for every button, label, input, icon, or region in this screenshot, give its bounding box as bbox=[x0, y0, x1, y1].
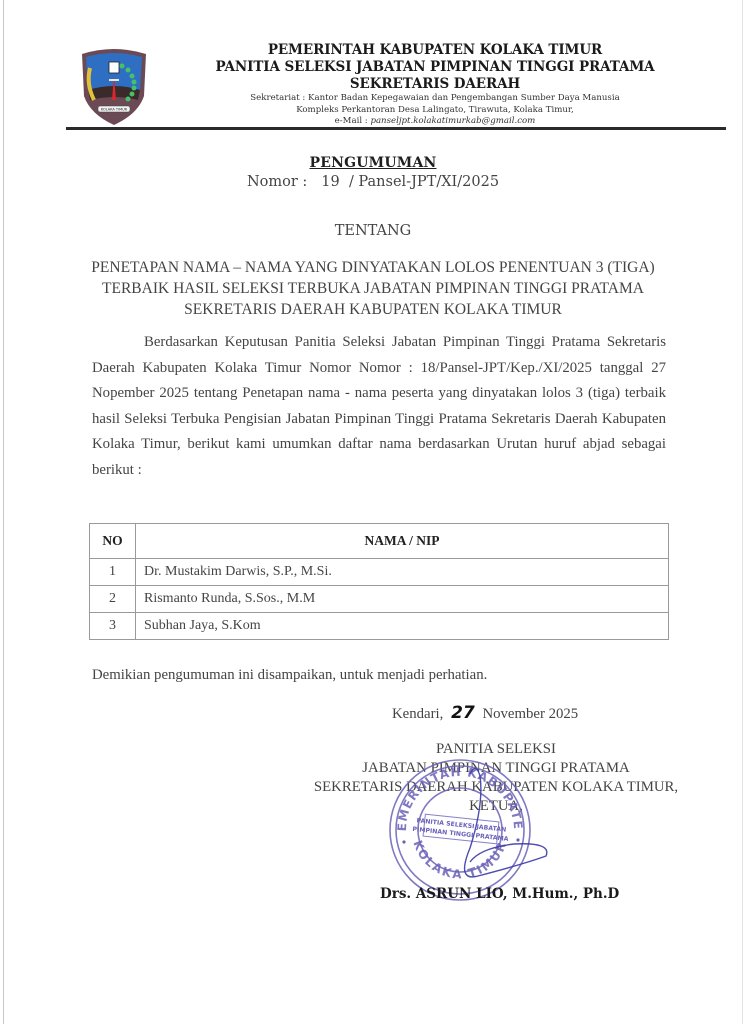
letterhead-secretariat: SEKRETARIS DAERAH bbox=[200, 76, 670, 93]
document-number: Nomor :19 / Pansel-JPT/XI/2025 bbox=[0, 174, 746, 190]
svg-text:PANITIA SELEKSI JABATAN: PANITIA SELEKSI JABATAN bbox=[416, 817, 506, 833]
page-edge bbox=[3, 0, 4, 1024]
table-row: 1 Dr. Mustakim Darwis, S.P., M.Si. bbox=[90, 559, 669, 586]
table-header-row: NO NAMA / NIP bbox=[90, 524, 669, 559]
column-header-no: NO bbox=[90, 524, 136, 559]
email-link[interactable]: panseljpt.kolakatimurkab@gmail.com bbox=[370, 116, 535, 126]
candidate-name: Dr. Mustakim Darwis, S.P., M.Si. bbox=[136, 559, 669, 586]
letterhead-address: Kompleks Perkantoran Desa Lalingato, Tir… bbox=[200, 105, 670, 117]
tentang-heading: TENTANG bbox=[0, 223, 746, 239]
subject: PENETAPAN NAMA – NAMA YANG DINYATAKAN LO… bbox=[0, 257, 746, 320]
letterhead: PEMERINTAH KABUPATEN KOLAKA TIMUR PANITI… bbox=[200, 42, 670, 128]
letterhead-government: PEMERINTAH KABUPATEN KOLAKA TIMUR bbox=[200, 42, 670, 59]
svg-text:PIMPINAN TINGGI PRATAMA: PIMPINAN TINGGI PRATAMA bbox=[412, 826, 509, 843]
place-date: Kendari, 27 November 2025 bbox=[392, 703, 578, 723]
document-title: PENGUMUMAN bbox=[0, 155, 746, 171]
letterhead-divider bbox=[66, 127, 726, 130]
table-row: 3 Subhan Jaya, S.Kom bbox=[90, 613, 669, 640]
candidates-table: NO NAMA / NIP 1 Dr. Mustakim Darwis, S.P… bbox=[89, 523, 669, 640]
svg-text:KOLAKA TIMUR: KOLAKA TIMUR bbox=[410, 838, 509, 881]
table-row: 2 Rismanto Runda, S.Sos., M.M bbox=[90, 586, 669, 613]
page-edge bbox=[742, 0, 743, 1024]
row-number: 1 bbox=[90, 559, 136, 586]
candidate-name: Rismanto Runda, S.Sos., M.M bbox=[136, 586, 669, 613]
letterhead-committee: PANITIA SELEKSI JABATAN PIMPINAN TINGGI … bbox=[200, 59, 670, 76]
row-number: 2 bbox=[90, 586, 136, 613]
regency-coat-of-arms-icon: KOLAKA TIMUR bbox=[78, 44, 150, 126]
signer-role: KETUA, bbox=[296, 797, 696, 816]
row-number: 3 bbox=[90, 613, 136, 640]
signature-block: PANITIA SELEKSI JABATAN PIMPINAN TINGGI … bbox=[296, 740, 696, 816]
candidate-name: Subhan Jaya, S.Kom bbox=[136, 613, 669, 640]
svg-text:KOLAKA TIMUR: KOLAKA TIMUR bbox=[101, 108, 128, 112]
letterhead-email: e-Mail : panseljpt.kolakatimurkab@gmail.… bbox=[200, 116, 670, 128]
body-paragraph: Berdasarkan Keputusan Panitia Seleksi Ja… bbox=[92, 330, 666, 483]
letterhead-address: Sekretariat : Kantor Badan Kepegawaian d… bbox=[200, 93, 670, 105]
column-header-name: NAMA / NIP bbox=[136, 524, 669, 559]
handwritten-day: 27 bbox=[451, 703, 475, 723]
closing-statement: Demikian pengumuman ini disampaikan, unt… bbox=[92, 667, 487, 684]
signer-name: Drs. ASRUN LIO, M.Hum., Ph.D bbox=[380, 886, 619, 902]
